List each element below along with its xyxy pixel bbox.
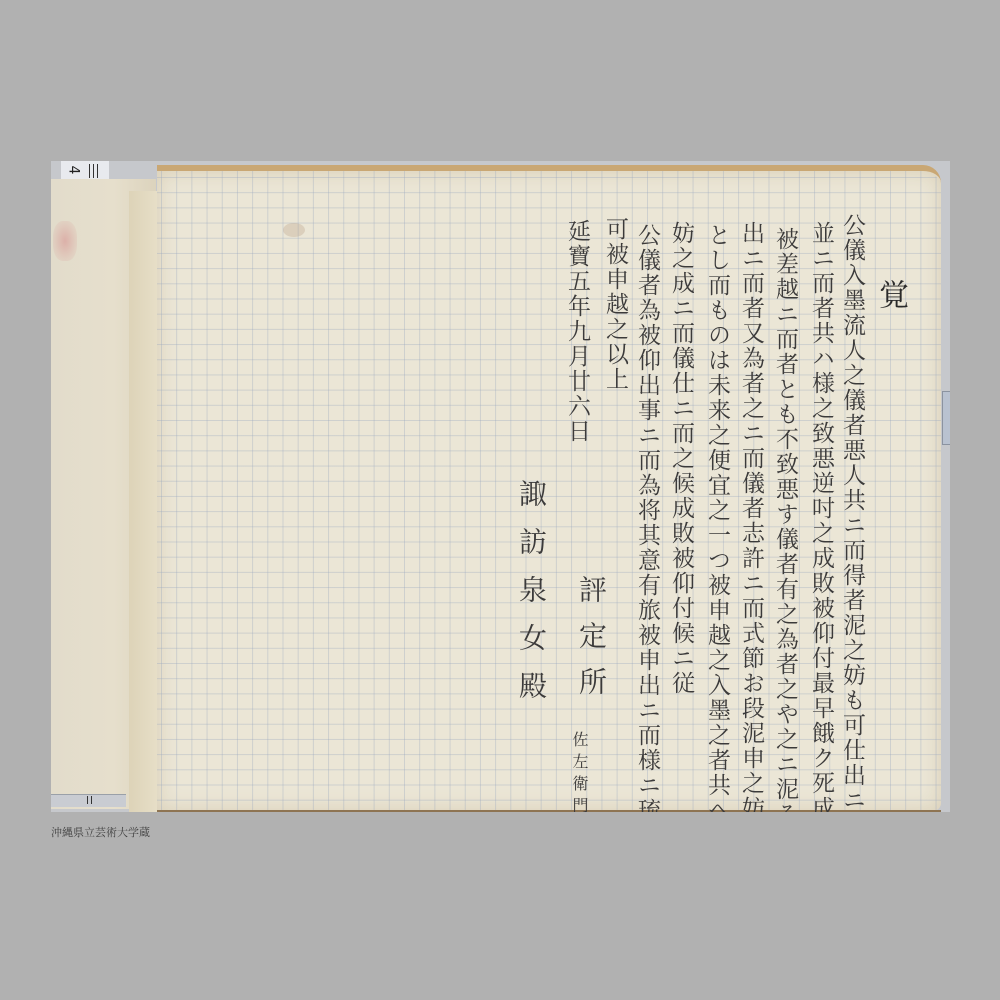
addressee: 諏訪泉女殿 <box>517 479 545 719</box>
document-photograph: 4 覚 公儀入墨流人之儀者悪人共ニ而得者泥之妨も可仕出ニ而者到之被召 並ニ而者共… <box>51 161 950 812</box>
text-line-2: 並ニ而者共ハ様之致悪逆吋之成敗被仰付最早餓ク死成ニ而済之江 <box>809 221 832 812</box>
ruler-tick <box>91 796 92 804</box>
signatory-subname: 佐左衛門 <box>571 731 587 812</box>
red-seal-stamp <box>53 221 77 261</box>
ruler-tick <box>89 164 90 178</box>
document-title: 覚 <box>875 279 905 311</box>
text-line-6: 妨之成ニ而儀仕ニ而之候成敗被仰付候ニ従 <box>669 221 692 696</box>
text-line-4: 出ニ而者又為者之ニ而儀者志許ニ而式節お段泥申之妨ニ死成儀い <box>739 221 762 812</box>
text-line-1: 公儀入墨流人之儀者悪人共ニ而得者泥之妨も可仕出ニ而者到之被召 <box>840 213 863 812</box>
cover-page-edge <box>129 191 159 812</box>
ruler-tick <box>97 164 98 178</box>
ruler-tick <box>87 796 88 804</box>
text-line-8: 可被申越之以上 <box>603 217 626 392</box>
viewer-stage: 4 覚 公儀入墨流人之儀者悪人共ニ而得者泥之妨も可仕出ニ而者到之被召 並ニ而者共… <box>0 0 1000 1000</box>
page-clip <box>942 391 950 445</box>
ruler-number: 4 <box>65 166 81 175</box>
text-line-5: とし而ものは未来之便宜之一つ被申越之入墨之者共へ申すところも <box>705 223 728 812</box>
ruler-tick <box>93 164 94 178</box>
paper-stain <box>283 223 305 237</box>
collection-caption: 沖縄県立芸術大学蔵 <box>51 824 150 840</box>
signatory: 評定所 <box>577 575 605 713</box>
cover-page <box>51 179 156 809</box>
text-line-3: 被差越ニ而者とも不致悪す儀者有之為者之や之ニ泥る悪人にか <box>773 227 796 812</box>
document-date: 延寶五年九月廿六日 <box>565 219 588 444</box>
text-line-7: 公儀者為被仰出事ニ而為将其意有旅被申出ニ而様ニ琉球江 <box>635 223 658 812</box>
scale-ruler-bottom <box>51 794 126 807</box>
manuscript-page: 覚 公儀入墨流人之儀者悪人共ニ而得者泥之妨も可仕出ニ而者到之被召 並ニ而者共ハ様… <box>157 165 941 811</box>
